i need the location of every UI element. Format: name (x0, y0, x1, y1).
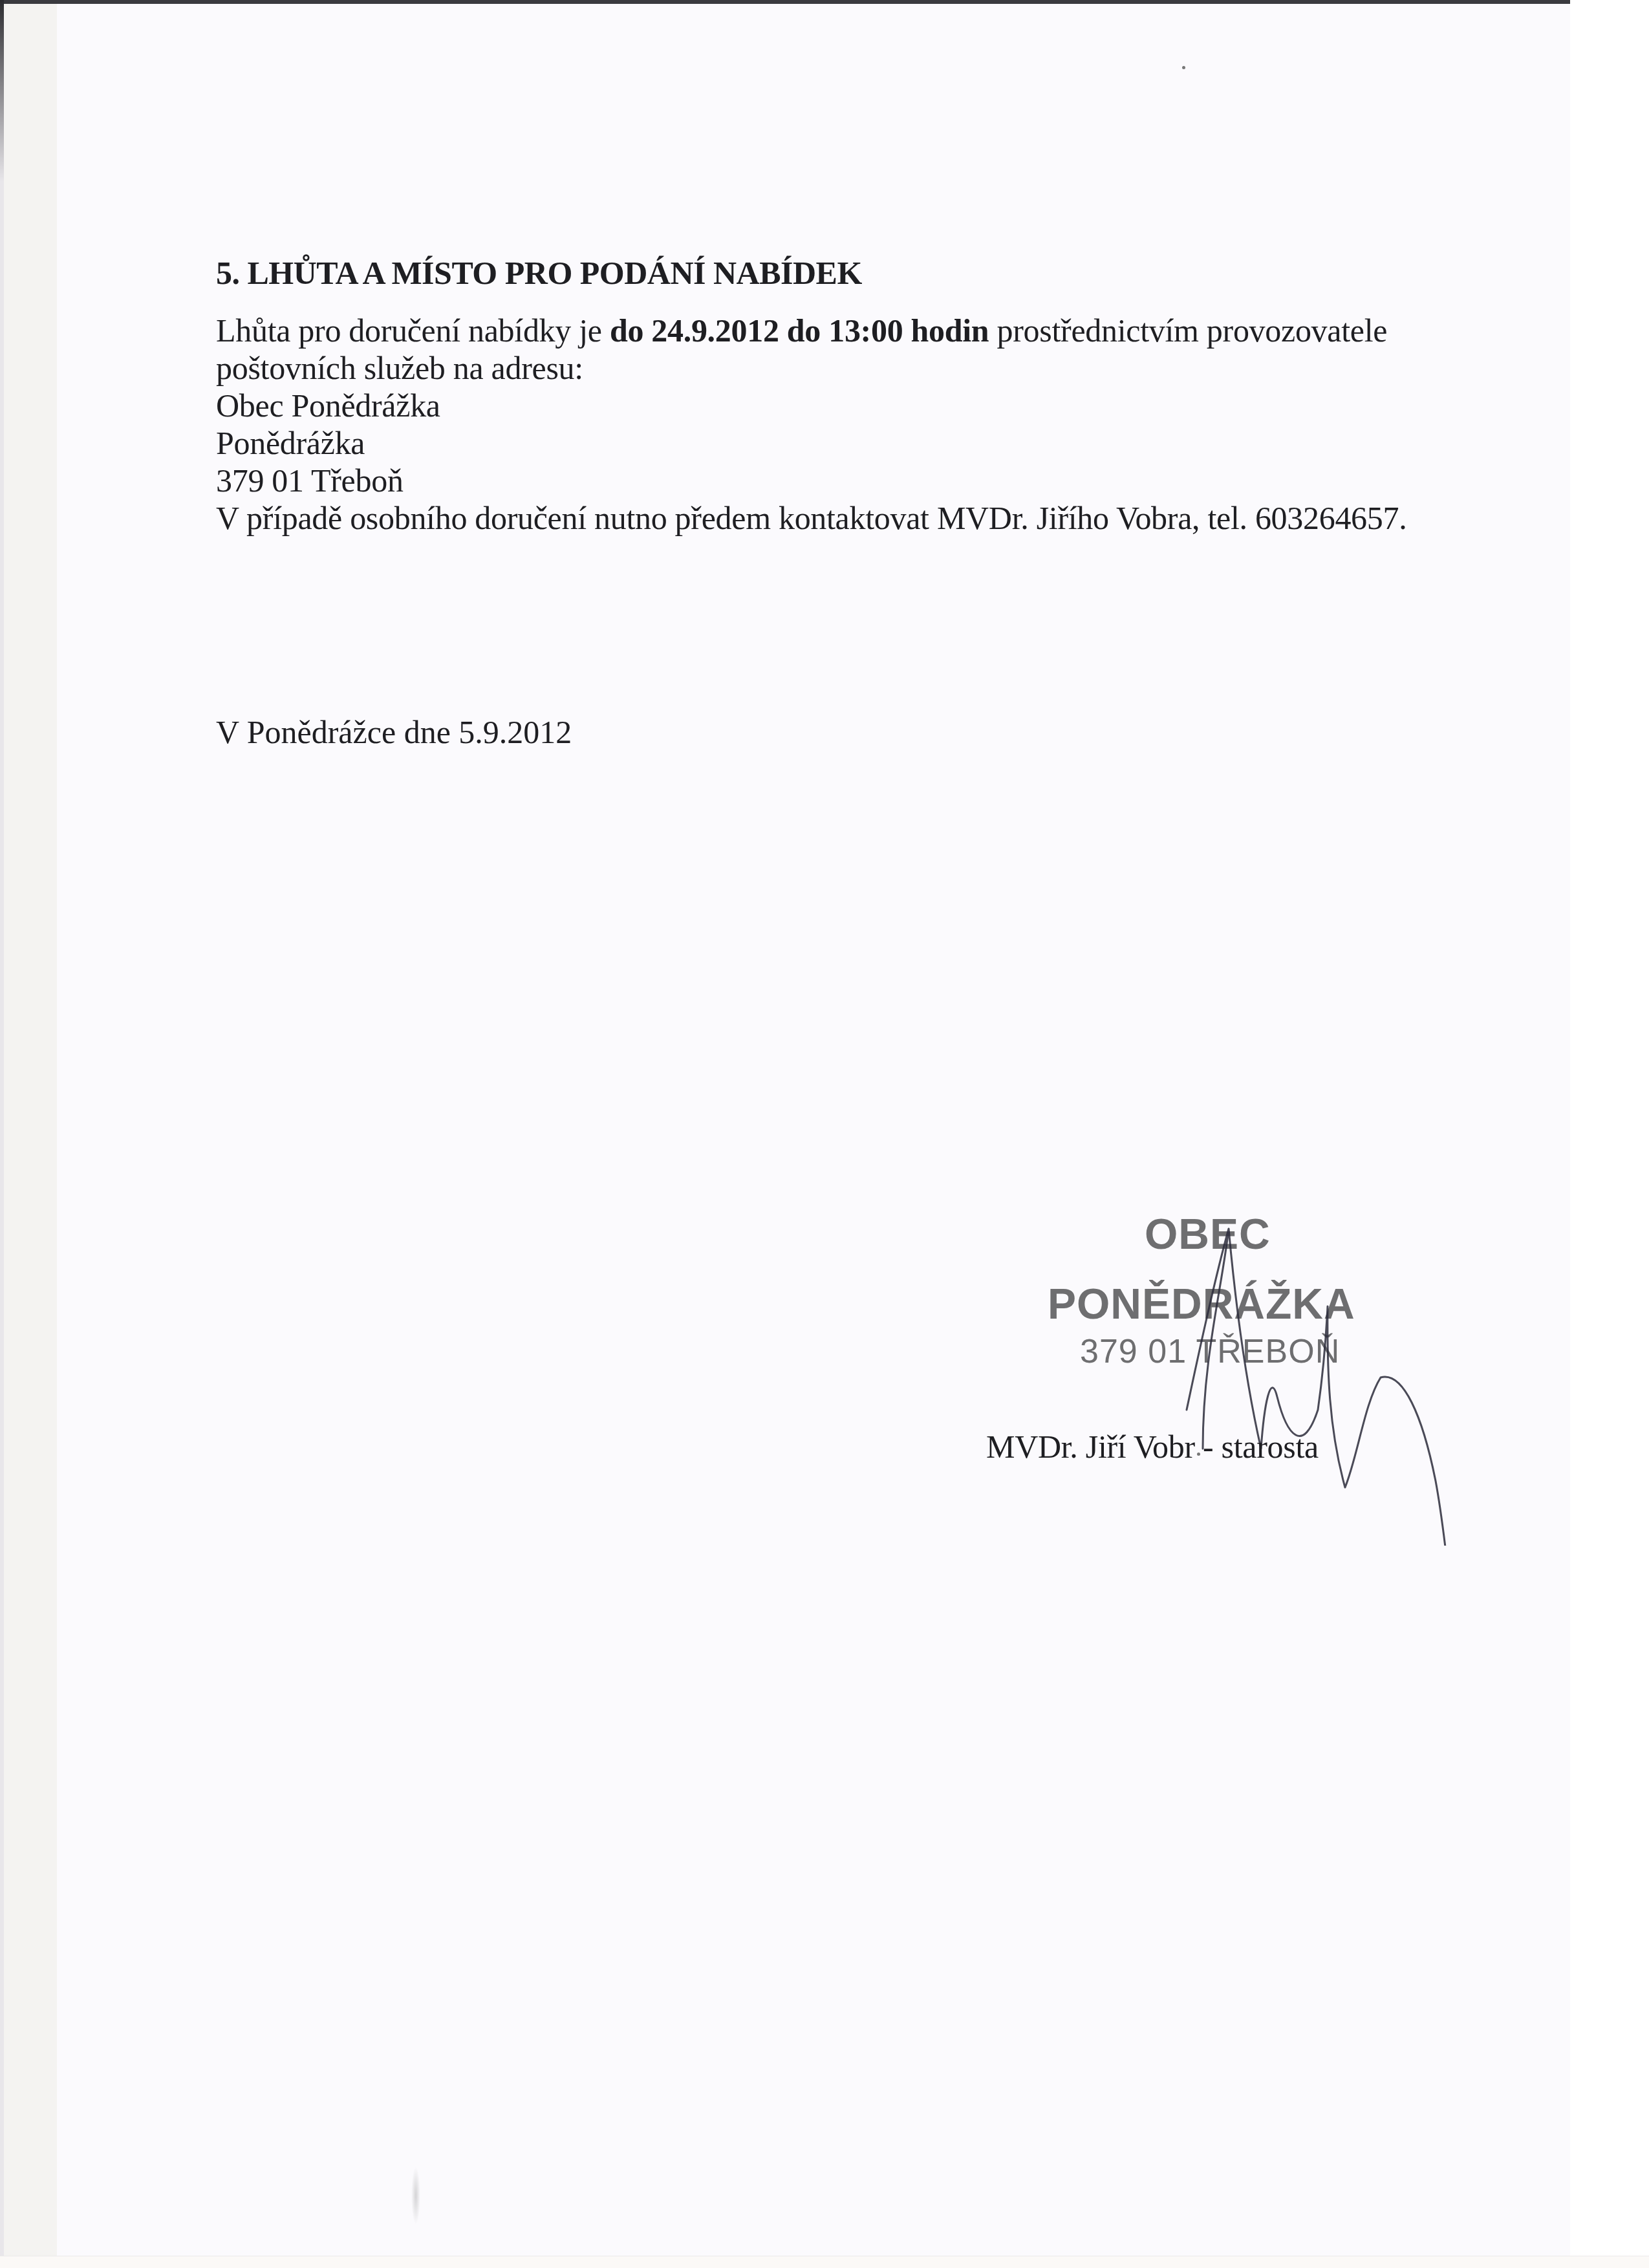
deadline-prefix: Lhůta pro doručení nabídky je (216, 312, 610, 349)
scan-speck (1197, 1453, 1200, 1456)
scan-smudge (411, 2166, 420, 2225)
deadline-line: Lhůta pro doručení nabídky je do 24.9.20… (216, 312, 1387, 349)
address-line: Obec Ponědrážka (216, 387, 440, 424)
contact-note: V případě osobního doručení nutno předem… (216, 499, 1406, 537)
scan-edge-bottom (0, 2256, 1649, 2268)
section-heading: 5. LHŮTA A MÍSTO PRO PODÁNÍ NABÍDEK (216, 254, 862, 292)
place-date: V Ponědrážce dne 5.9.2012 (216, 713, 572, 751)
handwritten-signature (1151, 1209, 1513, 1546)
address-line: 379 01 Třeboň (216, 462, 404, 499)
scan-margin-strip-right (1570, 0, 1649, 2268)
deadline-date: do 24.9.2012 do 13:00 hodin (610, 312, 989, 349)
deadline-suffix: prostřednictvím provozovatele (989, 312, 1387, 349)
scan-edge-top (0, 0, 1649, 4)
signer-name: MVDr. Jiří Vobr - starosta (986, 1428, 1319, 1465)
address-line: Ponědrážka (216, 424, 365, 462)
scan-speck (1182, 66, 1185, 69)
delivery-line: poštovních služeb na adresu: (216, 349, 583, 387)
scan-margin-strip (4, 4, 57, 2267)
